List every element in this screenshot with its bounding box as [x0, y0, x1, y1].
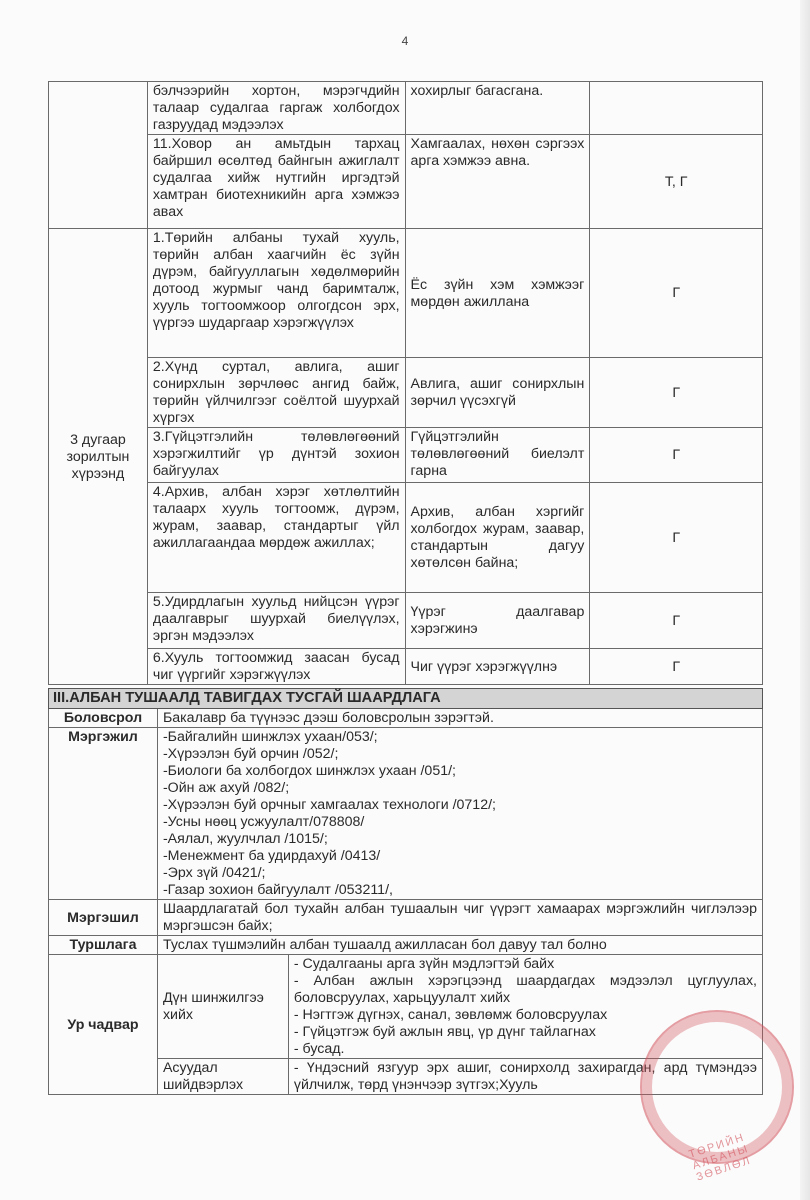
rating-cell	[590, 82, 763, 135]
section-title: III.АЛБАН ТУШААЛД ТАВИГДАХ ТУСГАЙ ШААРДЛ…	[49, 689, 763, 709]
list-item: -Хүрээлэн буй орчин /052/;	[163, 746, 757, 763]
list-item: -Ойн аж ахуй /082/;	[163, 780, 757, 797]
table-row: 3.Гүйцэтгэлийн төлөвлөгөөний хэрэгжилтий…	[49, 428, 763, 483]
list-item: -Усны нөөц усжуулалт/078808/	[163, 814, 757, 831]
task-cell: 6.Хууль тогтоомжид заасан бусад чиг үүрг…	[147, 649, 405, 685]
experience-label: Туршлага	[49, 936, 158, 955]
rating-cell: Г	[590, 358, 763, 428]
table-row: 6.Хууль тогтоомжид заасан бусад чиг үүрг…	[49, 649, 763, 685]
list-item: -Эрх зүй /0421/;	[163, 865, 757, 882]
table-row: бэлчээрийн хортон, мэрэгчдийн талаар суд…	[49, 82, 763, 135]
table-row: Ур чадвар Дүн шинжилгээ хийх - Судалгаан…	[49, 955, 763, 1059]
result-cell: Чиг үүрэг хэрэгжүүлнэ	[405, 649, 590, 685]
list-item: -Биологи ба холбогдох шинжлэх ухаан /051…	[163, 763, 757, 780]
task-cell: 1.Төрийн албаны тухай хууль, төрийн алба…	[147, 229, 405, 358]
specialization-value: Шаардлагатай бол тухайн албан тушаалын ч…	[157, 900, 762, 936]
task-cell: 4.Архив, албан хэрэг хөтлөлтийн талаарх …	[147, 483, 405, 593]
result-cell: Үүрэг даалгавар хэрэгжинэ	[405, 593, 590, 649]
task-cell: 2.Хүнд суртал, авлига, ашиг сонирхлын зө…	[147, 358, 405, 428]
list-item: -Аялал, жуулчлал /1015/;	[163, 831, 757, 848]
table-row: 11.Ховор ан амьтдын тархац байршил өсөлт…	[49, 135, 763, 229]
result-cell: Хамгаалах, нөхөн сэргээх арга хэмжээ авн…	[405, 135, 590, 229]
education-value: Бакалавр ба түүнээс дээш боловсролын зэр…	[157, 709, 762, 728]
list-item: -Байгалийн шинжлэх ухаан/053/;	[163, 729, 757, 746]
list-item: - бусад.	[294, 1041, 757, 1058]
list-item: - Нэгтгэж дүгнэх, санал, зөвлөмж боловср…	[294, 1007, 757, 1024]
task-cell: 3.Гүйцэтгэлийн төлөвлөгөөний хэрэгжилтий…	[147, 428, 405, 483]
table-row: Туршлага Туслах түшмэлийн албан тушаалд …	[49, 936, 763, 955]
list-item: - Гүйцэтгэж буй ажлын явц, үр дүнг тайла…	[294, 1024, 757, 1041]
list-item: - Албан ажлын хэрэгцээнд шаардагдах мэдэ…	[294, 973, 757, 1007]
group-label-cell: 3 дугаар зорилтын хүрээнд	[49, 229, 148, 685]
list-item: -Менежмент ба удирдахуй /0413/	[163, 848, 757, 865]
task-cell: 11.Ховор ан амьтдын тархац байршил өсөлт…	[147, 135, 405, 229]
profession-list: -Байгалийн шинжлэх ухаан/053/; -Хүрээлэн…	[157, 728, 762, 900]
list-item: -Хүрээлэн буй орчныг хамгаалах технологи…	[163, 797, 757, 814]
education-label: Боловсрол	[49, 709, 158, 728]
table-row: 4.Архив, албан хэрэг хөтлөлтийн талаарх …	[49, 483, 763, 593]
official-seal-text: ТӨРИЙН АЛБАНЫ ЗӨВЛӨЛ	[687, 1112, 810, 1183]
requirements-table: III.АЛБАН ТУШААЛД ТАВИГДАХ ТУСГАЙ ШААРДЛ…	[48, 688, 763, 1095]
result-cell: Гүйцэтгэлийн төлөвлөгөөний биелэлт гарна	[405, 428, 590, 483]
rating-cell: Г	[590, 428, 763, 483]
rating-cell: Г	[590, 229, 763, 358]
list-item: -Газар зохион байгуулалт /053211/,	[163, 882, 757, 899]
page-edge	[800, 0, 810, 1200]
rating-cell: Г	[590, 483, 763, 593]
skills-label: Ур чадвар	[49, 955, 158, 1095]
table-row: 5.Удирдлагын хуульд нийцсэн үүрэг даалга…	[49, 593, 763, 649]
profession-label: Мэргэжил	[49, 728, 158, 900]
specialization-label: Мэргэшил	[49, 900, 158, 936]
analysis-list: - Судалгааны арга зүйн мэдлэгтэй байх - …	[288, 955, 762, 1059]
list-item: - Судалгааны арга зүйн мэдлэгтэй байх	[294, 956, 757, 973]
task-cell: бэлчээрийн хортон, мэрэгчдийн талаар суд…	[147, 82, 405, 135]
group-cell-previous	[49, 82, 148, 229]
rating-cell: Т, Г	[590, 135, 763, 229]
rating-cell: Г	[590, 649, 763, 685]
table-row: Мэргэжил -Байгалийн шинжлэх ухаан/053/; …	[49, 728, 763, 900]
task-cell: 5.Удирдлагын хуульд нийцсэн үүрэг даалга…	[147, 593, 405, 649]
experience-value: Туслах түшмэлийн албан тушаалд ажилласан…	[157, 936, 762, 955]
result-cell: Архив, албан хэргийг холбогдох журам, за…	[405, 483, 590, 593]
section-header-row: III.АЛБАН ТУШААЛД ТАВИГДАХ ТУСГАЙ ШААРДЛ…	[49, 689, 763, 709]
result-cell: Ёс зүйн хэм хэмжээг мөрдөн ажиллана	[405, 229, 590, 358]
result-cell: Авлига, ашиг сонирхлын зөрчил үүсэхгүй	[405, 358, 590, 428]
problem-solving-label: Асуудал шийдвэрлэх	[157, 1059, 288, 1095]
problem-solving-value: - Үндэсний язгуур эрх ашиг, сонирхолд за…	[288, 1059, 762, 1095]
table-row: 3 дугаар зорилтын хүрээнд 1.Төрийн албан…	[49, 229, 763, 358]
table-row: Боловсрол Бакалавр ба түүнээс дээш болов…	[49, 709, 763, 728]
result-cell: хохирлыг багасгана.	[405, 82, 590, 135]
table-row: Мэргэшил Шаардлагатай бол тухайн албан т…	[49, 900, 763, 936]
objectives-table: бэлчээрийн хортон, мэрэгчдийн талаар суд…	[48, 81, 763, 685]
page-number: 4	[0, 34, 810, 48]
analysis-label: Дүн шинжилгээ хийх	[157, 955, 288, 1059]
rating-cell: Г	[590, 593, 763, 649]
table-row: 2.Хүнд суртал, авлига, ашиг сонирхлын зө…	[49, 358, 763, 428]
